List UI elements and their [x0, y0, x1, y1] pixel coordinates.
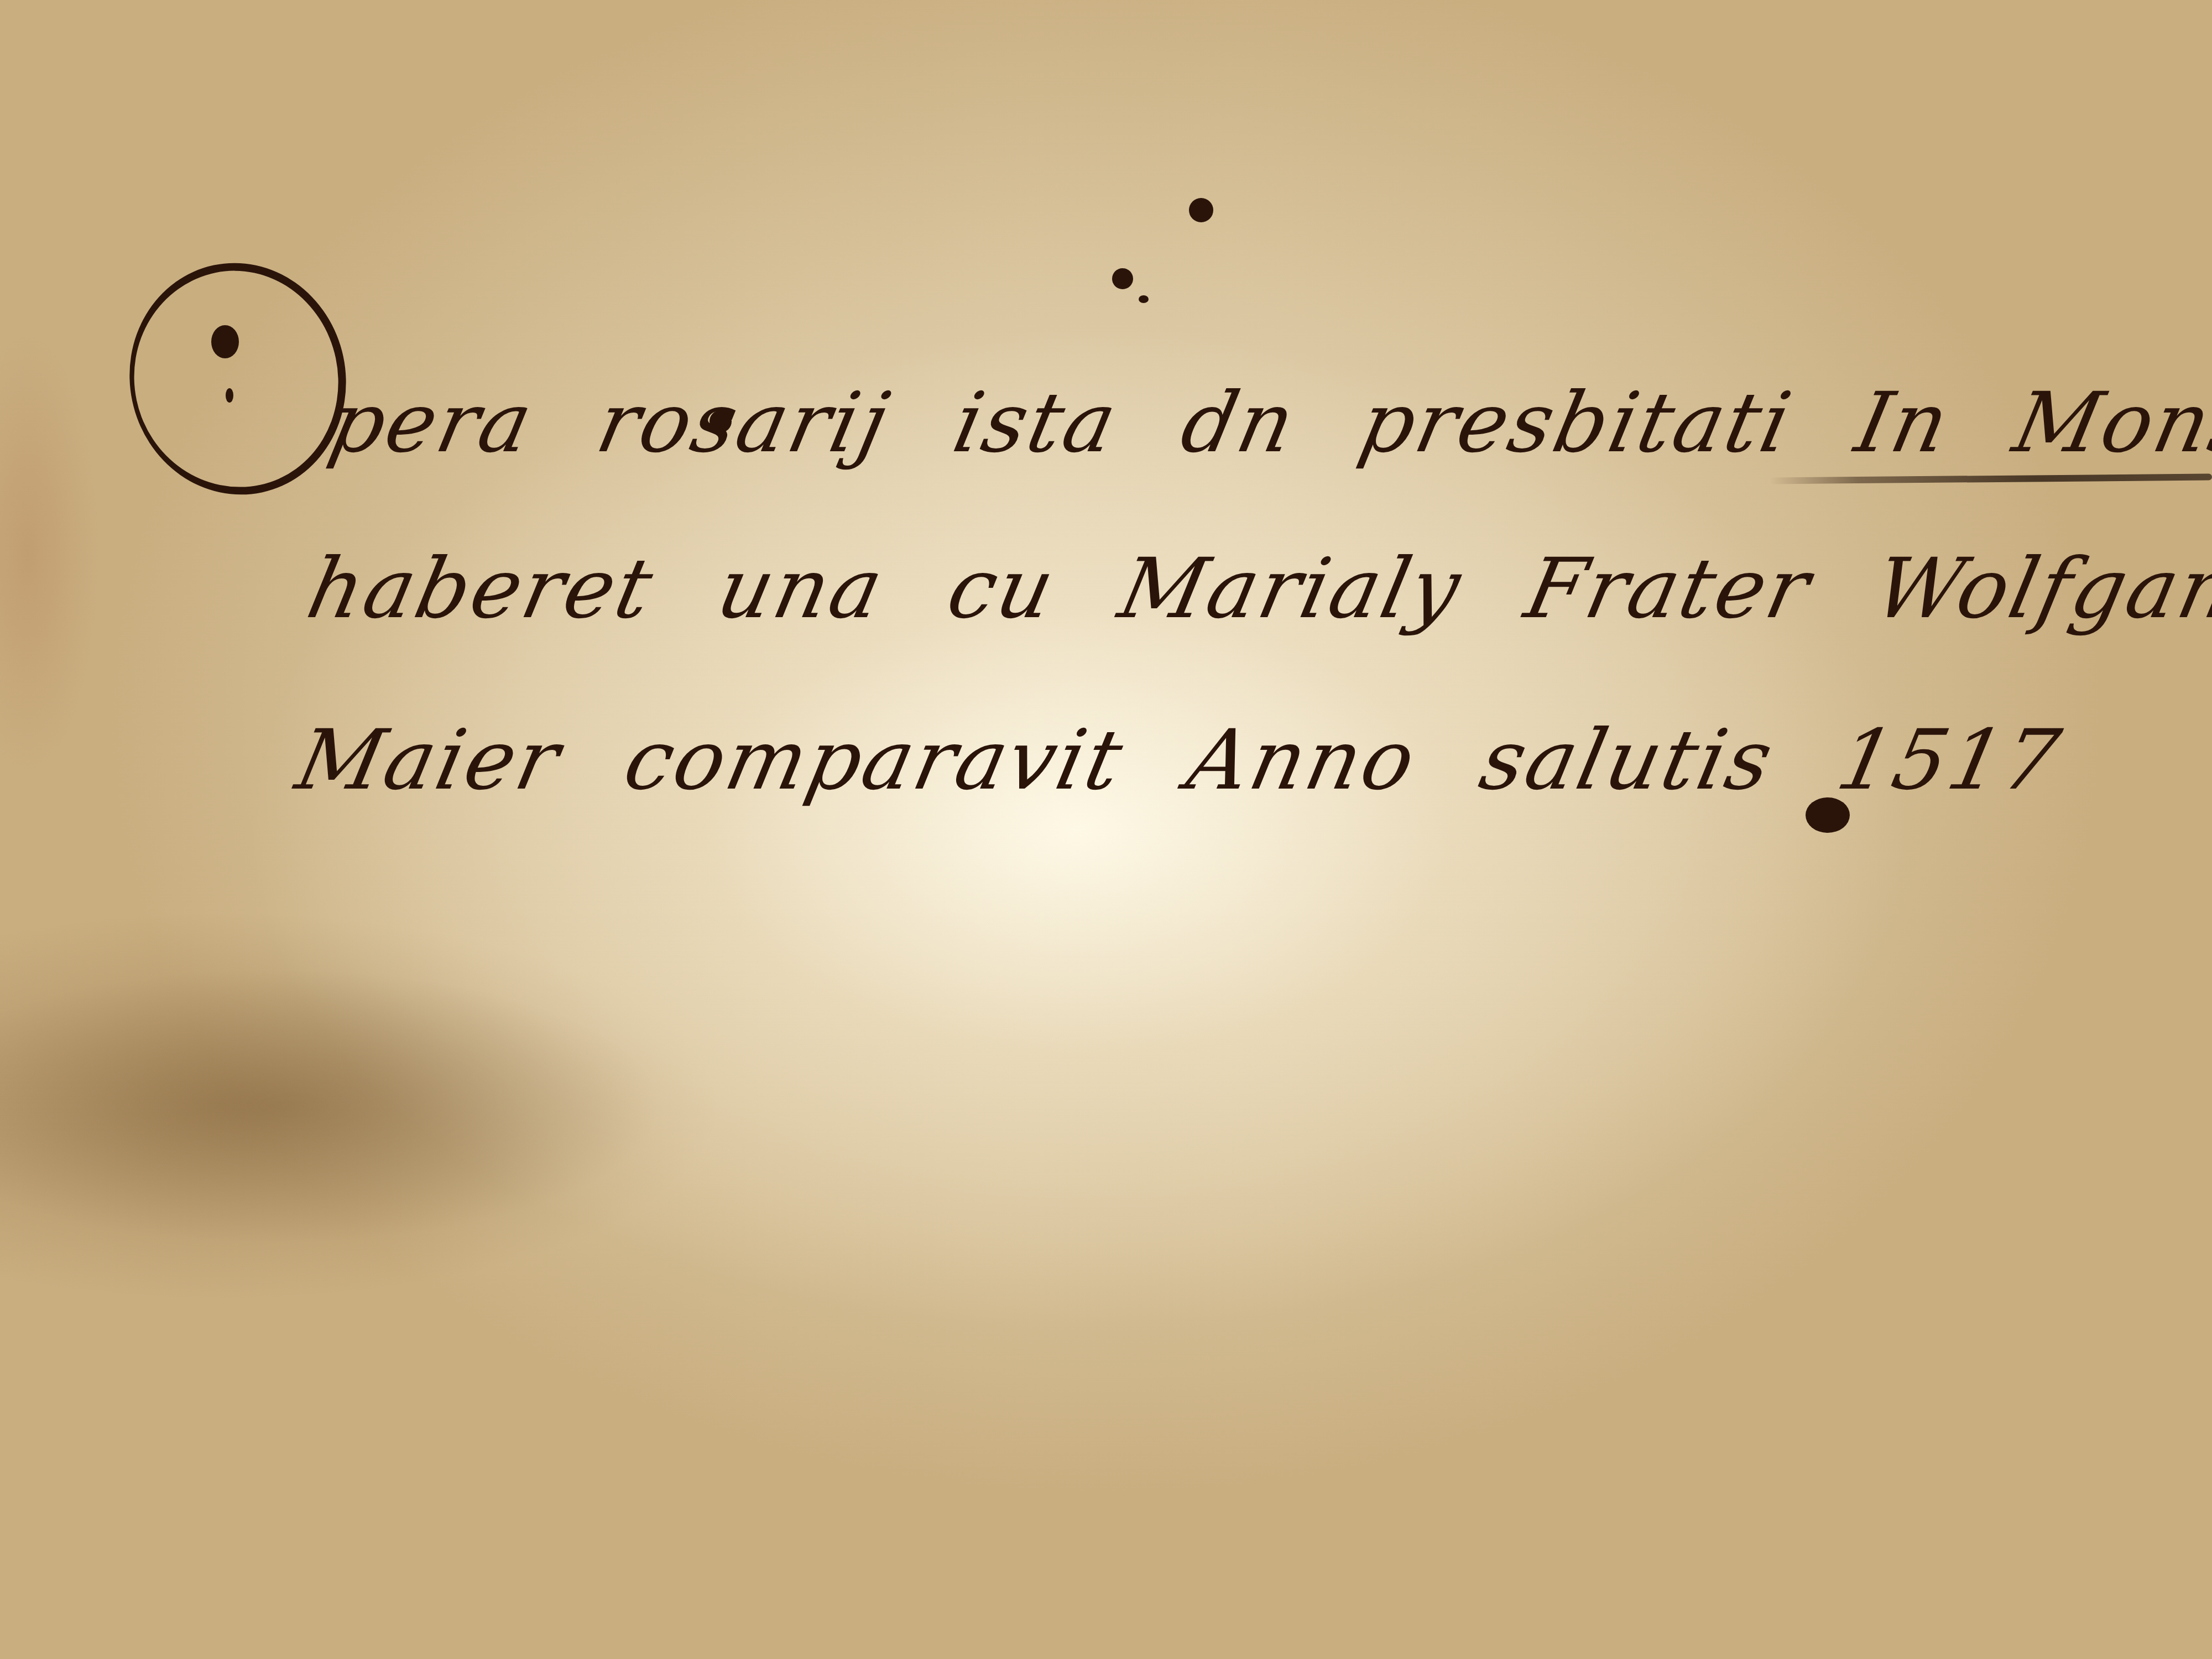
- word: ista: [945, 375, 1126, 471]
- word: Maier: [289, 712, 570, 808]
- year: 1517: [1829, 712, 2070, 808]
- word: dn: [1173, 375, 1305, 471]
- word: rosarij: [589, 375, 899, 471]
- word: comparavit: [617, 712, 1133, 808]
- word: una: [709, 541, 893, 637]
- word: haberet: [300, 541, 663, 637]
- word: Anno: [1179, 712, 1425, 808]
- ink-dot: [1189, 198, 1213, 222]
- ink-dot: [1139, 295, 1149, 303]
- word: cu: [940, 541, 1065, 637]
- ink-dot: [1112, 268, 1133, 289]
- word: presbitati: [1352, 375, 1801, 471]
- word: Wolfgangus: [1867, 541, 2212, 637]
- paper-stain: [0, 968, 664, 1244]
- word: Monster: [2006, 375, 2212, 471]
- paper-stain-edge: [0, 332, 100, 774]
- manuscript-line-3: Maier comparavit Anno salutis 1517: [290, 719, 2107, 802]
- manuscript-line-1: pera rosarij ista dn presbitati In Monst…: [323, 382, 2212, 465]
- ink-smudge-line: [1770, 474, 2212, 484]
- word: salutis: [1472, 712, 1782, 808]
- word: In: [1848, 375, 1959, 471]
- initial-dot-upper: [211, 325, 239, 358]
- initial-letter-o: [108, 243, 368, 515]
- manuscript-page: pera rosarij ista dn presbitati In Monst…: [0, 0, 2212, 1659]
- word: Frater: [1517, 541, 1820, 637]
- initial-dot-lower: [226, 388, 233, 403]
- manuscript-line-2: haberet una cu Marialy Frater Wolfgangus: [301, 547, 2212, 630]
- word: pera: [322, 375, 542, 471]
- word: Marialy: [1111, 541, 1470, 637]
